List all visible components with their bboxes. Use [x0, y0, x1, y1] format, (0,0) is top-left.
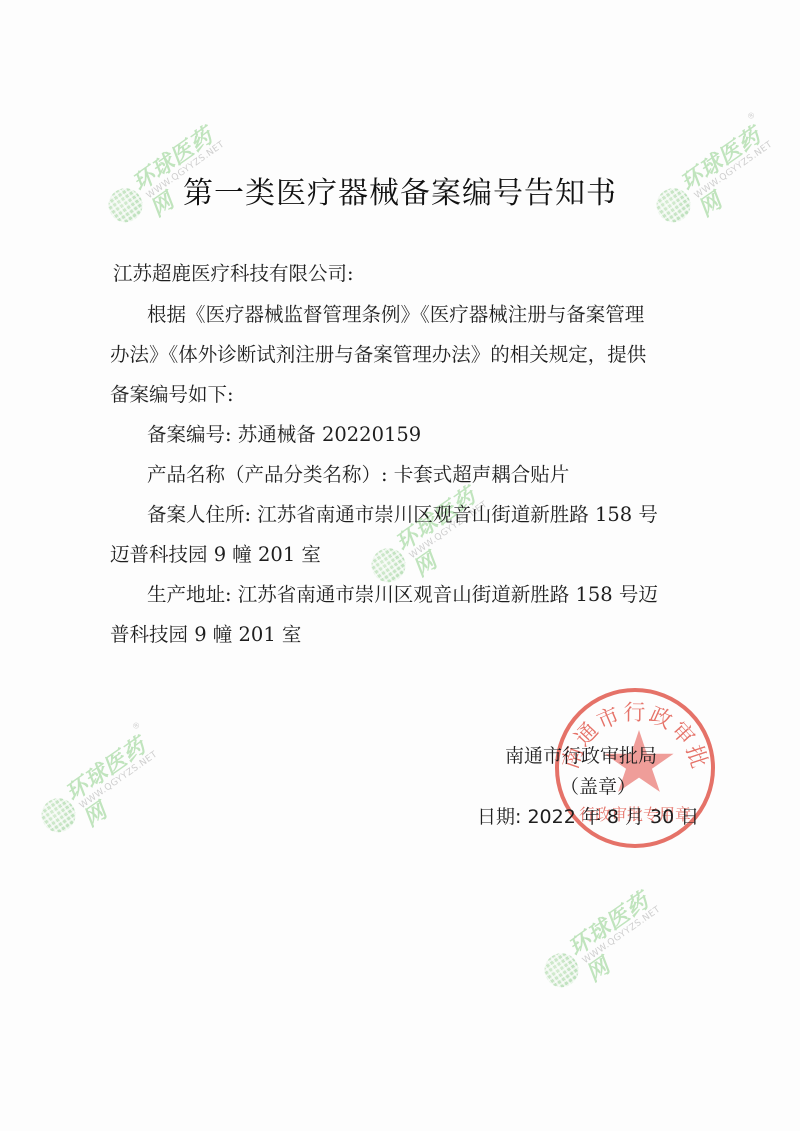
registrant-address-line-2: 迈普科技园 9 幢 201 室	[110, 539, 321, 567]
issue-date: 日期: 2022 年 8 月 30 日	[477, 802, 699, 829]
watermark-url: WWW.QGYYZS.NET	[78, 750, 160, 811]
body-line-2: 办法》《体外诊断试剂注册与备案管理办法》的相关规定，提供	[110, 339, 646, 367]
product-name: 产品名称（产品分类名称）: 卡套式超声耦合贴片	[147, 459, 569, 487]
body-line-3: 备案编号如下:	[110, 379, 234, 407]
addressee: 江苏超鹿医疗科技有限公司:	[113, 258, 354, 286]
globe-icon	[35, 792, 82, 839]
registered-mark: ®	[130, 720, 142, 732]
registered-mark: ®	[745, 110, 757, 122]
globe-icon	[538, 947, 585, 994]
watermark: 环球医药网 WWW.QGYYZS.NET ®	[627, 88, 793, 242]
watermark-text: 环球医药网	[562, 878, 683, 988]
watermark: 环球医药网 WWW.QGYYZS.NET	[79, 88, 245, 242]
watermark-text: 环球医药网	[389, 473, 510, 583]
watermark: 环球医药网 WWW.QGYYZS.NET ®	[12, 698, 178, 852]
production-address-line-1: 生产地址: 江苏省南通市崇川区观音山街道新胜路 158 号迈	[147, 579, 658, 607]
seal-note: （盖章）	[560, 772, 636, 799]
watermark: 环球医药网 WWW.QGYYZS.NET	[515, 853, 681, 1007]
production-address-line-2: 普科技园 9 幢 201 室	[110, 619, 301, 647]
record-number: 备案编号: 苏通械备 20220159	[147, 419, 421, 447]
document-title: 第一类医疗器械备案编号告知书	[0, 168, 800, 212]
document-page: 环球医药网 WWW.QGYYZS.NET 环球医药网 WWW.QGYYZS.NE…	[0, 0, 800, 1131]
registrant-address-line-1: 备案人住所: 江苏省南通市崇川区观音山街道新胜路 158 号	[147, 499, 658, 527]
issuer-name: 南通市行政审批局	[505, 741, 657, 768]
watermark-text: 环球医药网	[59, 723, 180, 833]
body-line-1: 根据《医疗器械监督管理条例》《医疗器械注册与备案管理	[147, 299, 644, 327]
watermark-url: WWW.QGYYZS.NET	[581, 905, 663, 966]
